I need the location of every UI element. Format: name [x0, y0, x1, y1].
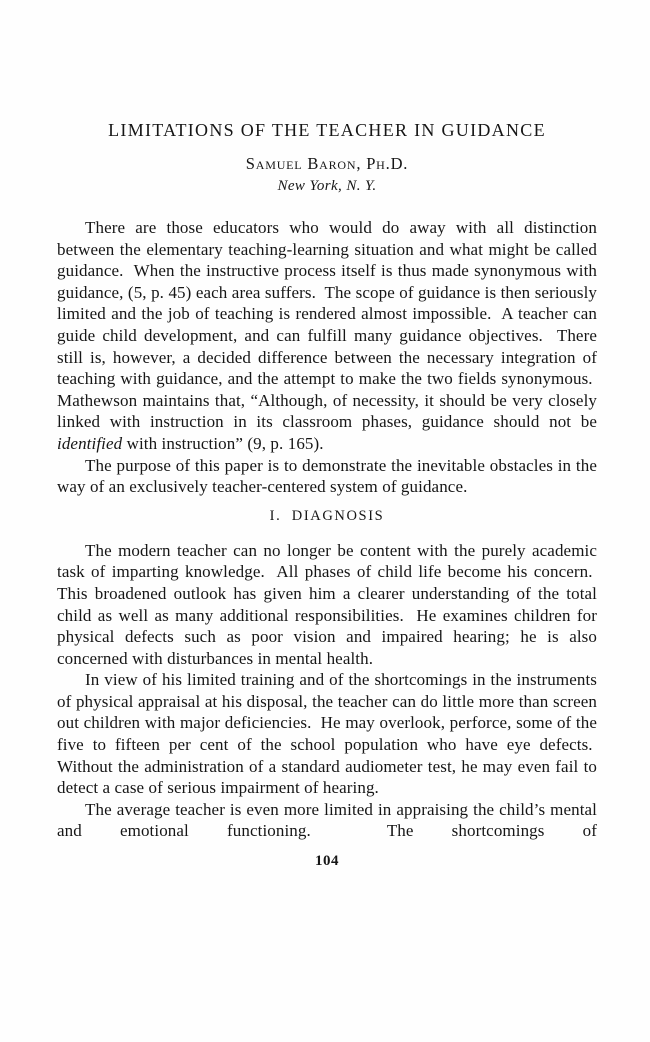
paragraph-3: The modern teacher can no longer be cont… — [57, 540, 597, 670]
paragraph-1: There are those educators who would do a… — [57, 217, 597, 455]
page-number: 104 — [57, 853, 597, 870]
paragraph-1-text-before: There are those educators who would do a… — [57, 218, 597, 431]
page-content: LIMITATIONS OF THE TEACHER IN GUIDANCE S… — [57, 0, 597, 870]
author-name: Samuel Baron, Ph.D. — [57, 154, 597, 174]
paragraph-4: In view of his limited training and of t… — [57, 669, 597, 799]
scanned-journal-page: LIMITATIONS OF THE TEACHER IN GUIDANCE S… — [0, 0, 650, 1042]
italic-term-identified: identified — [57, 434, 122, 453]
section-heading-diagnosis: I. DIAGNOSIS — [57, 508, 597, 525]
paragraph-5: The average teacher is even more limited… — [57, 799, 597, 842]
paragraph-2: The purpose of this paper is to demonstr… — [57, 455, 597, 498]
paragraph-1-text-after: with instruction” (9, p. 165). — [122, 434, 323, 453]
article-title: LIMITATIONS OF THE TEACHER IN GUIDANCE — [57, 120, 597, 141]
author-location: New York, N. Y. — [57, 178, 597, 195]
